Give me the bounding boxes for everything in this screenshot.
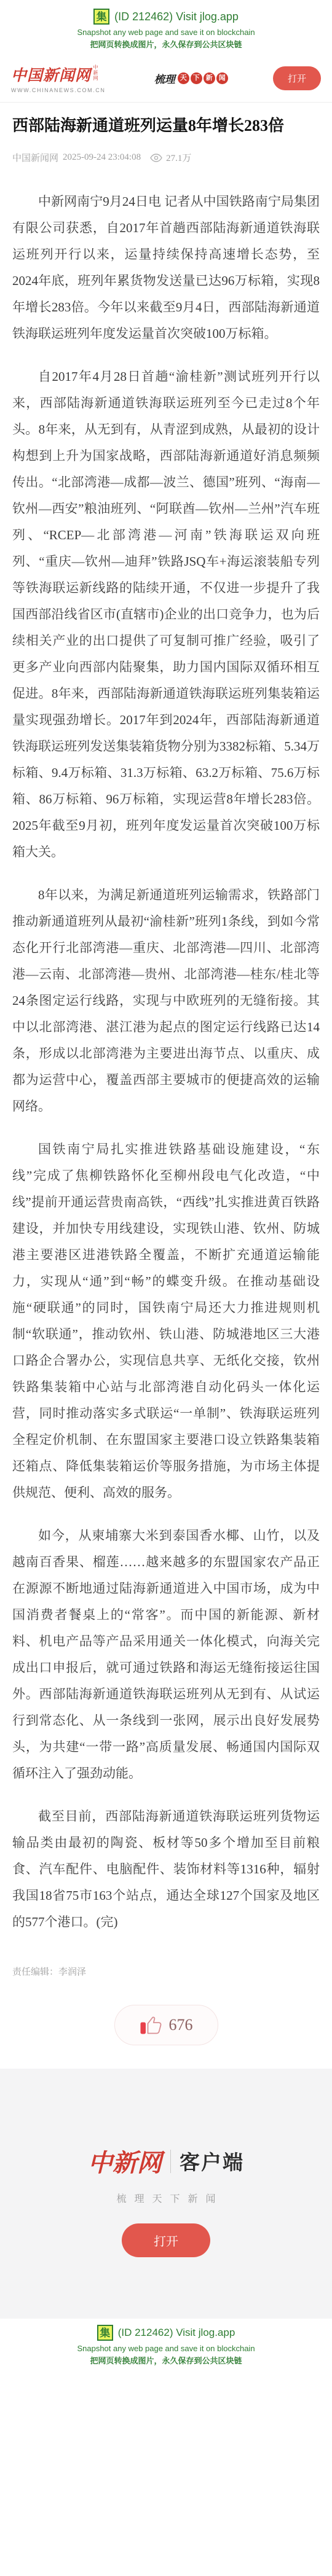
logo-divider (170, 2150, 171, 2173)
tagline-badge: 天 (178, 72, 189, 84)
jlog-banner-subtitle-en: Snapshot any web page and save it on blo… (0, 2344, 332, 2353)
jlog-banner-bottom: 集 (ID 212462) Visit jlog.app Snapshot an… (0, 2319, 332, 2371)
chinanews-logo-text: 中国新闻网 (11, 63, 91, 85)
jlog-banner-link[interactable]: 集 (ID 212462) Visit jlog.app (0, 2325, 332, 2341)
jlog-banner-subtitle-en: Snapshot any web page and save it on blo… (0, 28, 332, 37)
article-paragraph: 自2017年4月28日首趟“渝桂新”测试班列开行以来，西部陆海新通道铁海联运班列… (12, 364, 320, 865)
jlog-banner-subtitle-cn: 把网页转换成图片，永久保存到公共区块链 (0, 2354, 332, 2366)
like-button[interactable]: 676 (114, 2005, 218, 2045)
tagline-badge: 新 (204, 72, 215, 84)
app-download-footer: 中新网 客户端 梳理天下新闻 打开 (0, 2069, 332, 2319)
like-count: 676 (169, 2016, 193, 2034)
article-paragraph: 中新网南宁9月24日电 记者从中国铁路南宁局集团有限公司获悉，自2017年首趟西… (12, 189, 320, 347)
open-app-button-header[interactable]: 打开 (273, 66, 321, 90)
tagline-badge: 下 (191, 72, 202, 84)
like-section: 676 (12, 2005, 320, 2045)
article-body: 中新网南宁9月24日电 记者从中国铁路南宁局集团有限公司获悉，自2017年首趟西… (12, 189, 320, 1935)
eye-icon (150, 154, 162, 162)
open-app-button-footer[interactable]: 打开 (122, 2223, 210, 2257)
header-tagline: 梳理 天 下 新 闻 (154, 71, 228, 86)
article-meta: 中国新闻网 2025-09-24 23:04:08 27.1万 (12, 151, 320, 164)
app-logo-row: 中新网 客户端 (88, 2144, 244, 2179)
app-client-label: 客户端 (180, 2147, 244, 2176)
tagline-badge: 闻 (216, 72, 228, 84)
article-title: 西部陆海新通道班列运量8年增长283倍 (12, 114, 320, 138)
jlog-logo-icon: 集 (93, 9, 109, 25)
jlog-banner-top: 集 (ID 212462) Visit jlog.app Snapshot an… (0, 0, 332, 56)
article-paragraph: 截至目前，西部陆海新通道铁海联运班列货物运输品类由最初的陶瓷、板材等50多个增加… (12, 1803, 320, 1935)
article-paragraph: 8年以来，为满足新通道班列运输需求，铁路部门推动新通道班列从最初“渝桂新”班列1… (12, 882, 320, 1120)
chinanews-app-logo: 中新网 (88, 2144, 162, 2179)
view-count-value: 27.1万 (166, 151, 191, 164)
app-tagline: 梳理天下新闻 (108, 2191, 223, 2205)
jlog-banner-text: (ID 212462) Visit jlog.app (114, 10, 239, 23)
view-count: 27.1万 (150, 151, 191, 164)
thumbs-up-icon (140, 2015, 162, 2035)
chinanews-logo-side-text: 中新网 (93, 64, 98, 81)
article-paragraph: 国铁南宁局扎实推进铁路基础设施建设，“东线”完成了焦柳铁路怀化至柳州段电气化改造… (12, 1136, 320, 1506)
chinanews-logo[interactable]: 中国新闻网 中新网 WWW.CHINANEWS.COM.CN (11, 63, 106, 93)
chinanews-url: WWW.CHINANEWS.COM.CN (11, 87, 106, 93)
jlog-banner-link[interactable]: 集 (ID 212462) Visit jlog.app (0, 9, 332, 25)
article-paragraph: 如今，从柬埔寨大米到泰国香水椰、山竹，以及越南百香果、榴莲……越来越多的东盟国家… (12, 1523, 320, 1787)
article-datetime: 2025-09-24 23:04:08 (63, 152, 141, 163)
article-source: 中国新闻网 (12, 151, 58, 164)
site-header: 中国新闻网 中新网 WWW.CHINANEWS.COM.CN 梳理 天 下 新 … (0, 56, 332, 103)
jlog-banner-subtitle-cn: 把网页转换成图片，永久保存到公共区块链 (0, 38, 332, 50)
editor-credit: 责任编辑：李润泽 (12, 1965, 320, 1978)
tagline-prefix: 梳理 (154, 71, 175, 86)
jlog-banner-text: (ID 212462) Visit jlog.app (118, 2327, 235, 2339)
article: 西部陆海新通道班列运量8年增长283倍 中国新闻网 2025-09-24 23:… (0, 114, 332, 2045)
jlog-logo-icon: 集 (97, 2325, 113, 2341)
